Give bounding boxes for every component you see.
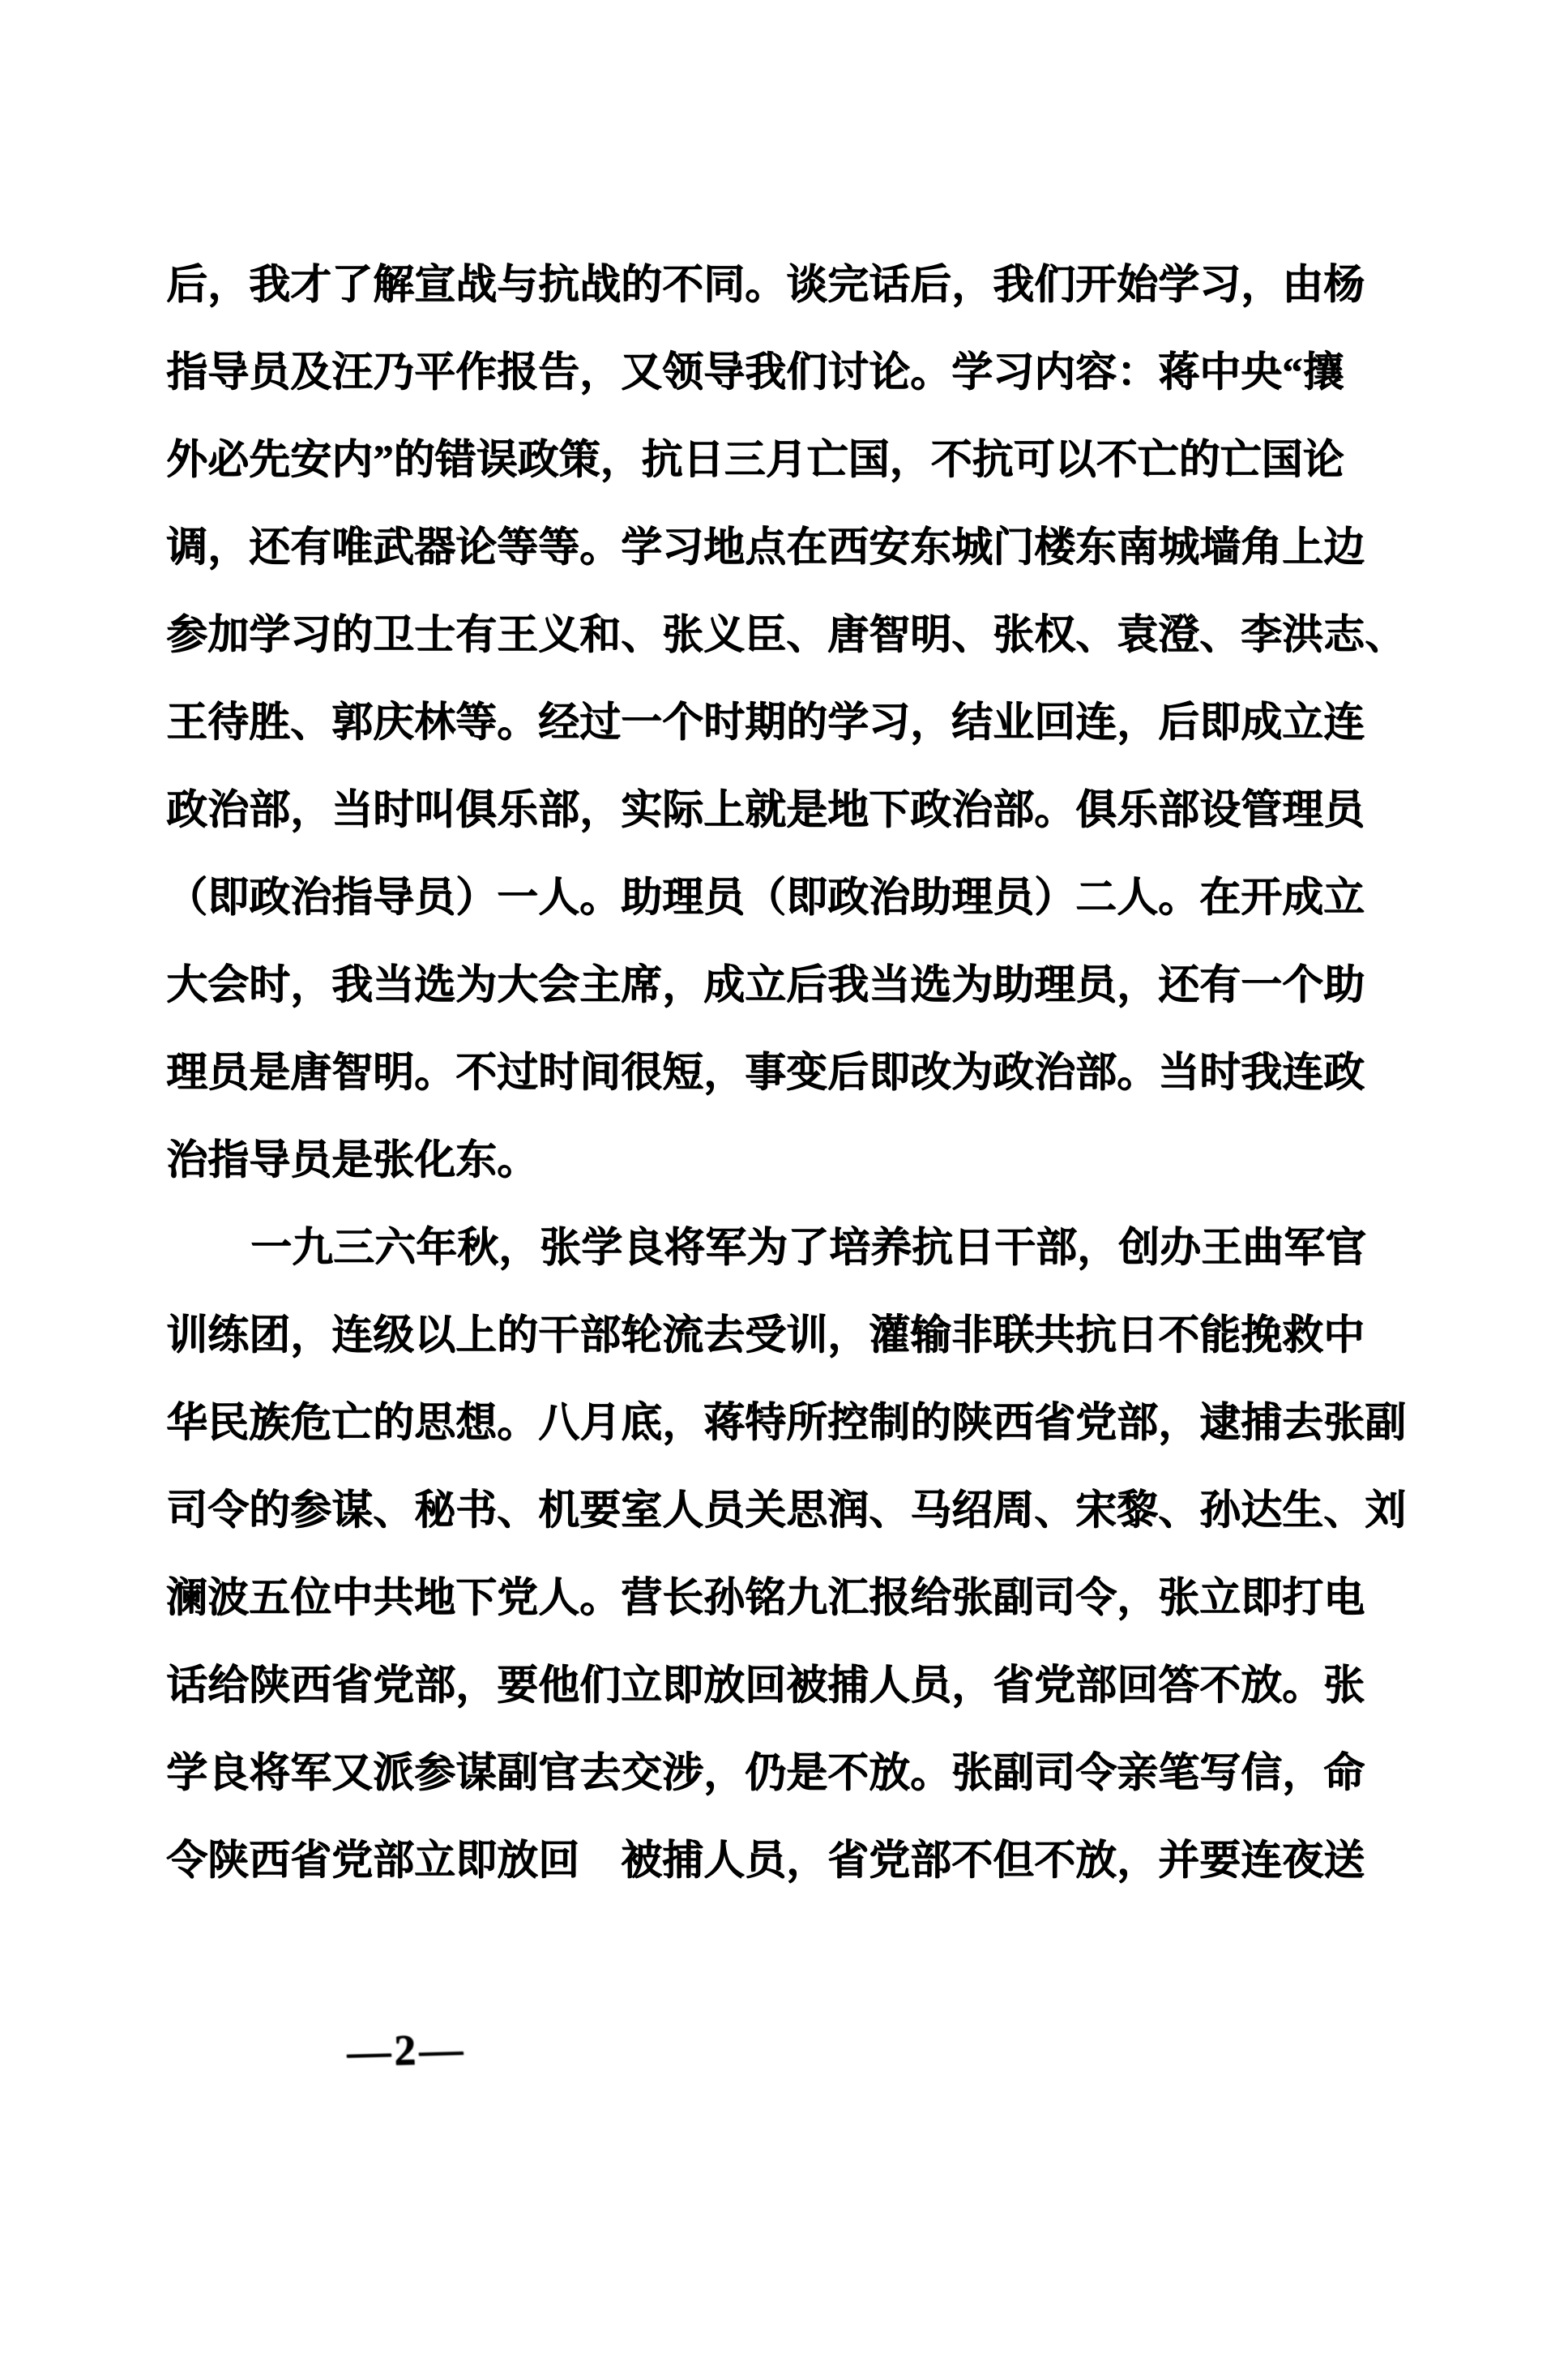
text-line: 政治部，当时叫俱乐部，实际上就是地下政治部。俱乐部设管理员 — [166, 767, 1418, 854]
text-line: 令陕西省党部立即放回 被捕人员，省党部不但不放，并要连夜送 — [166, 1817, 1418, 1905]
scanned-document-page: 后，我才了解宣战与抗战的不同。谈完话后，我们开始学习，由杨 指导员及汪乃平作报告… — [0, 0, 1568, 2362]
text-line: 后，我才了解宣战与抗战的不同。谈完话后，我们开始学习，由杨 — [166, 242, 1418, 329]
text-line: 澜波五位中共地下党人。营长孙铭九汇报给张副司令，张立即打电 — [166, 1555, 1418, 1642]
text-line: 学良将军又派参谋副官去交涉，仍是不放。张副司令亲笔写信，命 — [166, 1730, 1418, 1817]
text-line: 理员是唐智明。不过时间很短，事变后即改为政治部。当时我连政 — [166, 1029, 1418, 1117]
text-line: 王待胜、郭庆林等。经过一个时期的学习，结业回连，后即成立连 — [166, 679, 1418, 767]
text-line: 大会时，我当选为大会主席，成立后我当选为助理员，还有一个助 — [166, 942, 1418, 1029]
text-line: 训练团，连级以上的干部轮流去受训，灌输非联共抗日不能挽救中 — [166, 1292, 1418, 1380]
text-line: 华民族危亡的思想。八月底，蒋特所控制的陕西省党部，逮捕去张副 — [166, 1380, 1418, 1467]
page-number: —2— — [346, 2023, 467, 2077]
text-line: 治指导员是张化东。 — [166, 1117, 1418, 1205]
text-line: 调，还有唯武器论等等。学习地点在西安东城门楼东南城墙角上边 — [166, 504, 1418, 592]
text-line: 指导员及汪乃平作报告，又领导我们讨论。学习内容：蒋中央“攘 — [166, 329, 1418, 417]
text-line: 外必先安内”的错误政策，抗日三月亡国，不抗可以不亡的亡国论 — [166, 417, 1418, 504]
body-text: 后，我才了解宣战与抗战的不同。谈完话后，我们开始学习，由杨 指导员及汪乃平作报告… — [166, 242, 1418, 1905]
text-line: 司令的参谋、秘书、机要室人员关思润、马绍周、宋黎、孙达生、刘 — [166, 1467, 1418, 1555]
text-line: 话给陕西省党部，要他们立即放回被捕人员，省党部回答不放。张 — [166, 1642, 1418, 1730]
paragraph-start-line: 一九三六年秋，张学良将军为了培养抗日干部，创办王曲军官 — [166, 1205, 1418, 1292]
text-line: （即政治指导员）一人。助理员（即政治助理员）二人。在开成立 — [166, 854, 1418, 942]
text-line: 参加学习的卫士有王义和、张义臣、唐智明、张权、袁澄、李洪志、 — [166, 592, 1418, 679]
